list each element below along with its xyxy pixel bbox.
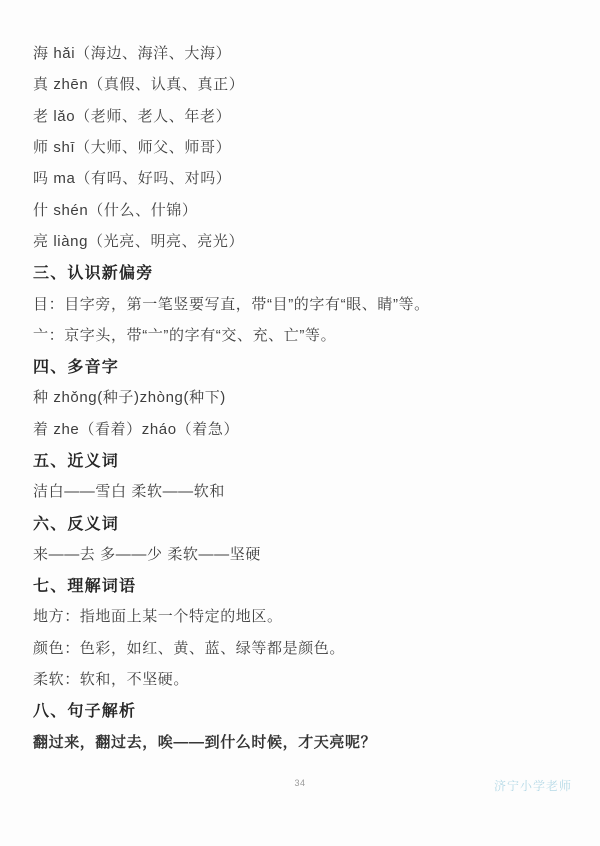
- section-header-antonyms: 六、反义词: [33, 506, 582, 537]
- word-entry-hai: 海 hǎi（海边、海洋、大海）: [33, 37, 582, 68]
- word-entry-liang: 亮 liàng（光亮、明亮、亮光）: [33, 225, 582, 256]
- analyzed-sentence: 翻过来，翻过去，唉——到什么时候，才天亮呢？: [33, 726, 582, 757]
- radical-note-tou: 亠：京字头，带“亠”的字有“交、充、亡”等。: [33, 319, 582, 350]
- section-header-polyphonic-chars: 四、多音字: [33, 350, 582, 381]
- polyphone-zhong: 种 zhǒng(种子)zhòng(种下): [33, 381, 582, 412]
- word-entry-lao: 老 lǎo（老师、老人、年老）: [33, 100, 582, 131]
- word-entry-shi: 师 shī（大师、师父、师哥）: [33, 131, 582, 162]
- watermark: 济宁小学老师: [494, 777, 572, 794]
- word-meaning-rouruan: 柔软：软和，不坚硬。: [33, 663, 582, 694]
- word-entry-shen: 什 shén（什么、什锦）: [33, 193, 582, 224]
- word-entry-zhen: 真 zhēn（真假、认真、真正）: [33, 68, 582, 99]
- document-page: 海 hǎi（海边、海洋、大海） 真 zhēn（真假、认真、真正） 老 lǎo（老…: [0, 0, 600, 846]
- section-header-word-meanings: 七、理解词语: [33, 569, 582, 600]
- word-meaning-yanse: 颜色：色彩，如红、黄、蓝、绿等都是颜色。: [33, 632, 582, 663]
- polyphone-zhe: 着 zhe（看着）zháo（着急）: [33, 413, 582, 444]
- antonym-pairs: 来——去 多——少 柔软——坚硬: [33, 538, 582, 569]
- document-content: 海 hǎi（海边、海洋、大海） 真 zhēn（真假、认真、真正） 老 lǎo（老…: [33, 37, 582, 757]
- word-entry-ma: 吗 ma（有吗、好吗、对吗）: [33, 162, 582, 193]
- radical-note-mu: 目：目字旁，第一笔竖要写直，带“目”的字有“眼、睛”等。: [33, 287, 582, 318]
- section-header-sentence-analysis: 八、句子解析: [33, 694, 582, 725]
- section-header-synonyms: 五、近义词: [33, 444, 582, 475]
- synonym-pairs: 洁白——雪白 柔软——软和: [33, 475, 582, 506]
- word-meaning-difang: 地方：指地面上某一个特定的地区。: [33, 600, 582, 631]
- section-header-new-radicals: 三、认识新偏旁: [33, 256, 582, 287]
